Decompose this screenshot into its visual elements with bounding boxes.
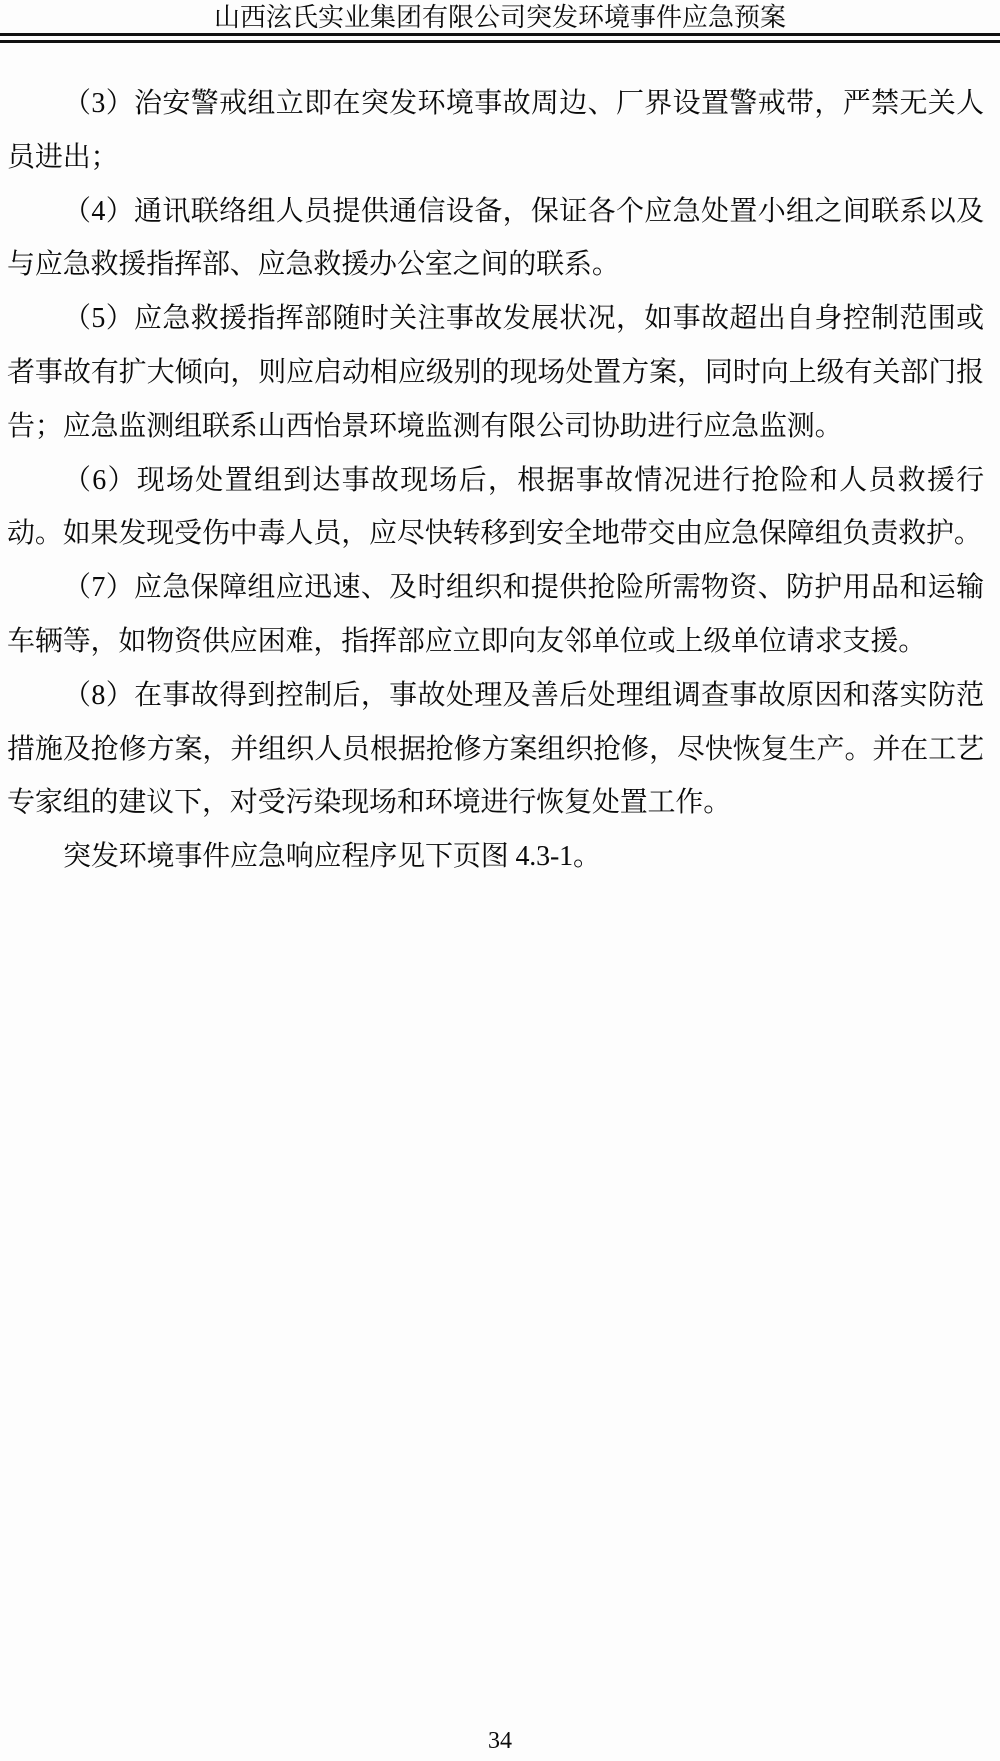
paragraph-item-7: （7）应急保障组应迅速、及时组织和提供抢险所需物资、防护用品和运输车辆等，如物资…	[7, 561, 984, 669]
paragraph-item-4: （4）通讯联络组人员提供通信设备，保证各个应急处置小组之间联系以及与应急救援指挥…	[7, 185, 984, 293]
document-header-title: 山西泫氏实业集团有限公司突发环境事件应急预案	[0, 3, 1000, 33]
paragraph-item-3: （3）治安警戒组立即在突发环境事故周边、厂界设置警戒带，严禁无关人员进出；	[7, 77, 984, 185]
document-body: （3）治安警戒组立即在突发环境事故周边、厂界设置警戒带，严禁无关人员进出； （4…	[7, 77, 984, 884]
paragraph-figure-reference: 突发环境事件应急响应程序见下页图 4.3-1。	[7, 830, 984, 884]
document-page: 山西泫氏实业集团有限公司突发环境事件应急预案 （3）治安警戒组立即在突发环境事故…	[0, 0, 1000, 1761]
paragraph-item-8: （8）在事故得到控制后，事故处理及善后处理组调查事故原因和落实防范措施及抢修方案…	[7, 669, 984, 830]
page-number: 34	[0, 1728, 1000, 1754]
paragraph-item-6: （6）现场处置组到达事故现场后，根据事故情况进行抢险和人员救援行动。如果发现受伤…	[7, 454, 984, 562]
paragraph-item-5: （5）应急救援指挥部随时关注事故发展状况，如事故超出自身控制范围或者事故有扩大倾…	[7, 292, 984, 453]
header-double-rule	[0, 33, 1000, 43]
